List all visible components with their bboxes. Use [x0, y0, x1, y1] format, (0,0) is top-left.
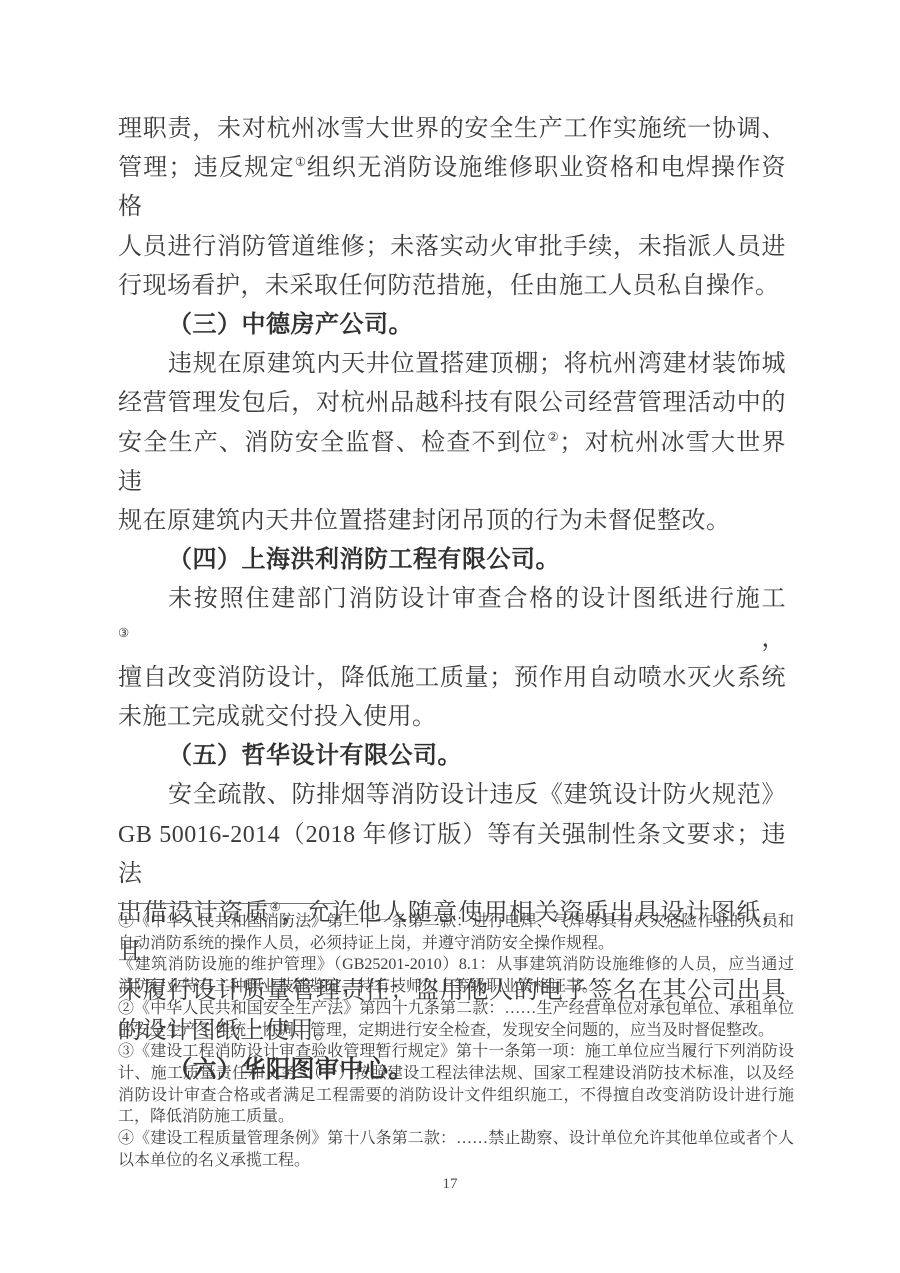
body-line: 违规在原建筑内天井位置搭建顶棚；将杭州湾建材装饰城	[118, 345, 786, 384]
footnote-line: ④《建设工程质量管理条例》第十八条第二款：……禁止勘察、设计单位允许其他单位或者…	[118, 1128, 794, 1150]
document-page: 理职责，未对杭州冰雪大世界的安全生产工作实施统一协调、管理；违反规定①组织无消防…	[0, 0, 900, 1273]
footnote-line: 工，降低消防施工质量。	[118, 1106, 794, 1128]
body-line: 经营管理发包后，对杭州品越科技有限公司经营管理活动中的	[118, 384, 786, 423]
footnote-line: 计、施工质量责任和义务：（一）按照建设工程法律法规、国家工程建设消防技术标准，以…	[118, 1063, 794, 1085]
section-heading: （五）哲华设计有限公司。	[118, 737, 786, 776]
footnote-ref: ①	[295, 155, 307, 169]
page-number: 17	[0, 1176, 900, 1193]
body-line: 未按照住建部门消防设计审查合格的设计图纸进行施工③，	[118, 580, 786, 658]
body-line: 管理；违反规定①组织无消防设施维修职业资格和电焊操作资格	[118, 149, 786, 227]
body-line: 规在原建筑内天井位置搭建封闭吊顶的行为未督促整改。	[118, 502, 786, 541]
body-line: 未施工完成就交付投入使用。	[118, 698, 786, 737]
footnote-line: 的安全生产工作统一协调、管理，定期进行安全检查，发现安全问题的，应当及时督促整改…	[118, 1020, 794, 1042]
section-heading: （三）中德房产公司。	[118, 306, 786, 345]
footnote-line: ②《中华人民共和国安全生产法》第四十九条第二款：……生产经营单位对承包单位、承租…	[118, 998, 794, 1020]
body-line: 安全生产、消防安全监督、检查不到位②；对杭州冰雪大世界违	[118, 424, 786, 502]
footnote-line: 自动消防系统的操作人员，必须持证上岗，并遵守消防安全操作规程。	[118, 933, 794, 955]
footnote-line: 消防行业特有工种职业技能鉴定，持有技师以上等级职业资格证书。	[118, 976, 794, 998]
footnote-line: 消防设计审查合格或者满足工程需要的消防设计文件组织施工，不得擅自改变消防设计进行…	[118, 1085, 794, 1107]
body-line: 擅自改变消防设计，降低施工质量；预作用自动喷水灭火系统	[118, 659, 786, 698]
footnote-line: ①《中华人民共和国消防法》第二十一条第二款：进行电焊、气焊等具有火灾危险作业的人…	[118, 911, 794, 933]
footnote-line: 《建筑消防设施的维护管理》（GB25201-2010）8.1：从事建筑消防设施维…	[118, 954, 794, 976]
footnotes-section: ①《中华人民共和国消防法》第二十一条第二款：进行电焊、气焊等具有火灾危险作业的人…	[118, 911, 794, 1171]
body-line: 行现场看护，未采取任何防范措施，任由施工人员私自操作。	[118, 267, 786, 306]
footnote-line: 以本单位的名义承揽工程。	[118, 1150, 794, 1172]
body-line: GB 50016-2014（2018 年修订版）等有关强制性条文要求；违法	[118, 816, 786, 894]
section-heading: （四）上海洪利消防工程有限公司。	[118, 541, 786, 580]
footnote-line: ③《建设工程消防设计审查验收管理暂行规定》第十一条第一项：施工单位应当履行下列消…	[118, 1041, 794, 1063]
footnote-separator	[118, 903, 336, 904]
footnote-ref: ③	[118, 626, 762, 640]
body-line: 人员进行消防管道维修；未落实动火审批手续，未指派人员进	[118, 228, 786, 267]
footnote-ref: ②	[547, 430, 559, 444]
body-line: 理职责，未对杭州冰雪大世界的安全生产工作实施统一协调、	[118, 110, 786, 149]
body-line: 安全疏散、防排烟等消防设计违反《建筑设计防火规范》	[118, 776, 786, 815]
